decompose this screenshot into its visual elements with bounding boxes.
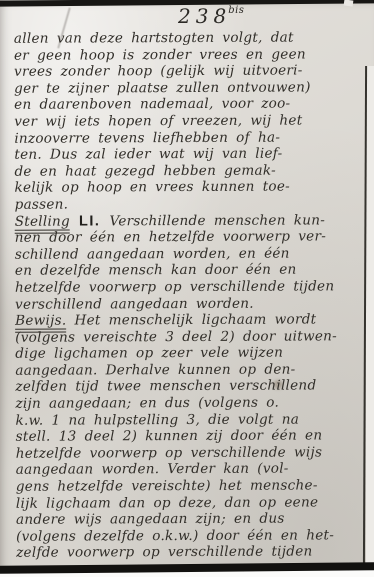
- manuscript-line: inzooverre tevens liefhebben of ha-: [14, 129, 366, 147]
- handwritten-text: de en haat gezegd hebben gemak-: [14, 162, 276, 179]
- manuscript-line: nen door één en hetzelfde voorwerp ver-: [15, 228, 367, 246]
- scan-border-top-gap: [344, 0, 354, 7]
- handwritten-text: Verschillende menschen kun-: [109, 212, 325, 229]
- handwritten-text: Het menschelijk ligchaam wordt: [66, 312, 316, 329]
- manuscript-line: hetzelfde voorwerp op verschillende tijd…: [15, 278, 367, 296]
- handwritten-text: (volgens dezelfde o.k.w.) door één en he…: [16, 527, 334, 544]
- handwritten-text: en dezelfde mensch kan door één en: [15, 262, 297, 279]
- manuscript-line: er geen hoop is zonder vrees en geen: [14, 46, 366, 64]
- handwritten-text: zijn aangedaan; en dus (volgens o.: [15, 395, 279, 412]
- handwritten-text: passen.: [15, 196, 69, 212]
- manuscript-line: vrees zonder hoop (gelijk wij uitvoeri-: [14, 62, 366, 80]
- handwritten-text: verschillend aangedaan worden.: [15, 295, 254, 312]
- handwritten-text: nen door één en hetzelfde voorwerp ver-: [15, 229, 326, 246]
- handwritten-text: (volgens vereischte 3 deel 2) door uitwe…: [15, 328, 337, 345]
- handwritten-text: en daarenboven nademaal, voor zoo-: [14, 96, 290, 113]
- handwritten-text: zelfden tijd twee menschen verschillend: [15, 378, 316, 395]
- proposition-numeral: LI.: [70, 213, 110, 229]
- handwritten-text: aangedaan worden. Verder kan (vol-: [16, 461, 289, 478]
- manuscript-line: (volgens vereischte 3 deel 2) door uitwe…: [15, 328, 367, 346]
- manuscript-line: andere wijs aangedaan zijn; en dus: [16, 510, 368, 528]
- handwritten-text: hetzelfde voorwerp op verschillende wijs: [16, 444, 323, 461]
- manuscript-line: dige ligchamen op zeer vele wijzen: [15, 345, 367, 363]
- handwritten-text: vrees zonder hoop (gelijk wij uitvoeri-: [14, 63, 303, 80]
- manuscript-line: ten. Dus zal ieder wat wij van lief-: [14, 145, 366, 163]
- manuscript-line: lijk ligchaam dan op deze, dan op eene: [16, 494, 368, 512]
- manuscript-line: aangedaan worden. Verder kan (vol-: [16, 461, 368, 479]
- page-number-suffix: bis: [228, 5, 244, 16]
- handwritten-text: stell. 13 deel 2) kunnen zij door één en: [16, 428, 323, 445]
- manuscript-line: stell. 13 deel 2) kunnen zij door één en: [16, 427, 368, 445]
- manuscript-line: (volgens dezelfde o.k.w.) door één en he…: [16, 527, 368, 545]
- handwritten-text: allen van deze hartstogten volgt, dat: [14, 30, 294, 47]
- manuscript-line: zijn aangedaan; en dus (volgens o.: [15, 394, 367, 412]
- manuscript-line: hetzelfde voorwerp op verschillende wijs: [16, 444, 368, 462]
- manuscript-scan: 238bis allen van deze hartstogten volgt,…: [0, 0, 374, 577]
- manuscript-line: zelfden tijd twee menschen verschillend: [15, 378, 367, 396]
- manuscript-line: gens hetzelfde vereischte) het mensche-: [16, 477, 368, 495]
- handwritten-text: dige ligchamen op zeer vele wijzen: [15, 345, 283, 362]
- manuscript-line: Stelling LI. Verschillende menschen kun-: [15, 212, 367, 230]
- manuscript-line: de en haat gezegd hebben gemak-: [14, 162, 366, 180]
- manuscript-text: allen van deze hartstogten volgt, dater …: [14, 29, 368, 562]
- manuscript-line: en dezelfde mensch kan door één en: [15, 262, 367, 280]
- manuscript-line: en daarenboven nademaal, voor zoo-: [14, 96, 366, 114]
- handwritten-text: er geen hoop is zonder vrees en geen: [14, 46, 306, 63]
- handwritten-text: andere wijs aangedaan zijn; en dus: [16, 511, 285, 528]
- handwritten-text: k.w. 1 na hulpstelling 3, die volgt na: [16, 411, 300, 428]
- handwritten-text: ger te zijner plaatse zullen ontvouwen): [14, 79, 311, 96]
- handwritten-text: inzooverre tevens liefhebben of ha-: [14, 129, 280, 146]
- manuscript-line: kelijk op hoop en vrees kunnen toe-: [14, 179, 366, 197]
- manuscript-line: allen van deze hartstogten volgt, dat: [14, 29, 366, 47]
- handwritten-text: zelfde voorwerp op verschillende tijden: [16, 544, 312, 561]
- handwritten-text: ver wij iets hopen of vreezen, wij het: [14, 112, 302, 129]
- page-number-value: 238: [178, 4, 231, 28]
- page-number: 238bis: [178, 4, 247, 28]
- manuscript-line: k.w. 1 na hulpstelling 3, die volgt na: [16, 411, 368, 429]
- manuscript-line: aangedaan. Derhalve kunnen op den-: [15, 361, 367, 379]
- handwritten-text: schillend aangedaan worden, en één: [15, 245, 290, 262]
- handwritten-text: aangedaan. Derhalve kunnen op den-: [15, 361, 295, 378]
- manuscript-line: Bewijs. Het menschelijk ligchaam wordt: [15, 311, 367, 329]
- handwritten-text: kelijk op hoop en vrees kunnen toe-: [14, 179, 290, 196]
- manuscript-line: ger te zijner plaatse zullen ontvouwen): [14, 79, 366, 97]
- handwritten-text: hetzelfde voorwerp op verschillende tijd…: [15, 278, 334, 295]
- handwritten-text: gens hetzelfde vereischte) het mensche-: [16, 477, 318, 494]
- handwritten-text: lijk ligchaam dan op deze, dan op eene: [16, 494, 318, 511]
- manuscript-line: passen.: [15, 195, 367, 213]
- manuscript-line: ver wij iets hopen of vreezen, wij het: [14, 112, 366, 130]
- manuscript-line: zelfde voorwerp op verschillende tijden: [16, 544, 368, 562]
- manuscript-line: schillend aangedaan worden, en één: [15, 245, 367, 263]
- manuscript-line: verschillend aangedaan worden.: [15, 295, 367, 313]
- handwritten-text: ten. Dus zal ieder wat wij van lief-: [14, 146, 282, 163]
